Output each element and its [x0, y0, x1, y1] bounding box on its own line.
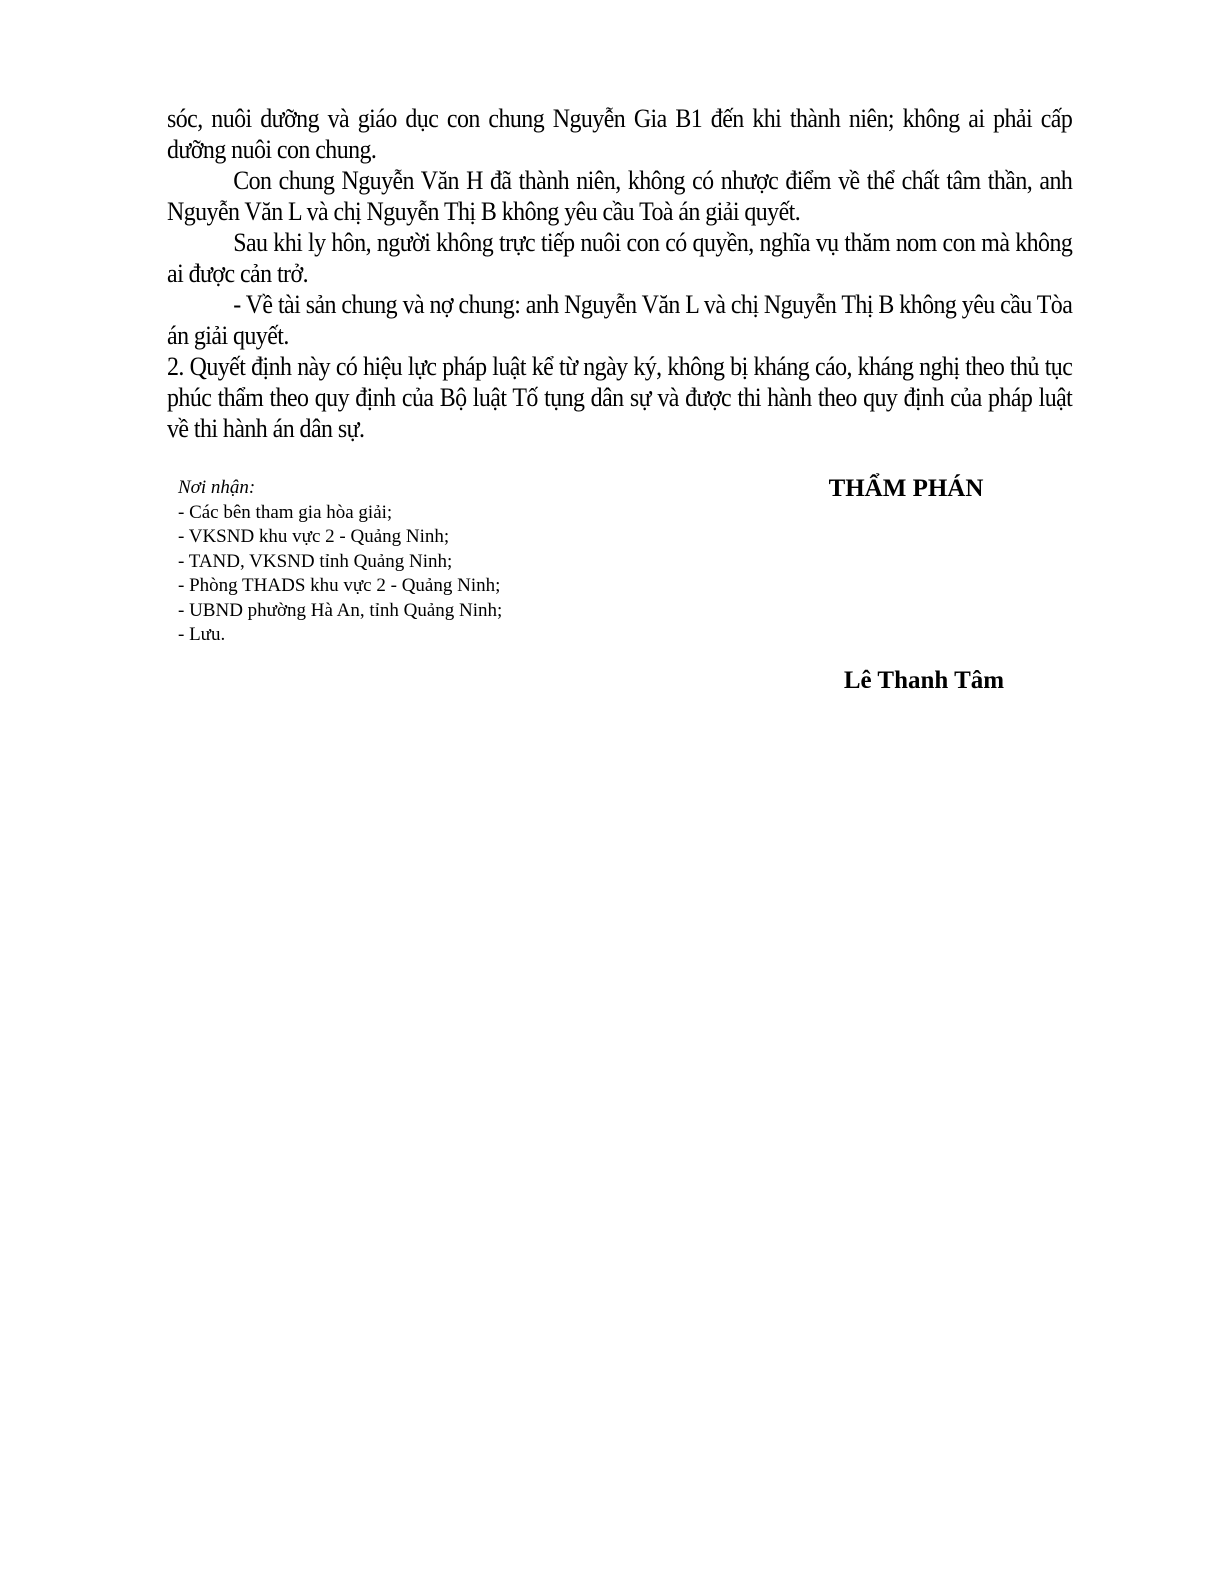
recipient-item: - Phòng THADS khu vực 2 - Quảng Ninh; [178, 574, 502, 599]
recipient-item: - Lưu. [178, 623, 502, 648]
recipients-title: Nơi nhận: [178, 476, 502, 501]
signer-role: THẨM PHÁN [772, 474, 1040, 504]
paragraph-common-property: - Về tài sản chung và nợ chung: anh Nguy… [167, 289, 1072, 351]
decision-body: sóc, nuôi dưỡng và giáo dục con chung Ng… [167, 103, 1072, 444]
recipients-block: Nơi nhận: - Các bên tham gia hòa giải; -… [178, 476, 502, 648]
document-page: sóc, nuôi dưỡng và giáo dục con chung Ng… [0, 0, 1224, 1584]
recipient-item: - TAND, VKSND tỉnh Quảng Ninh; [178, 550, 502, 575]
paragraph-adult-child: Con chung Nguyễn Văn H đã thành niên, kh… [167, 165, 1072, 227]
signer-name: Lê Thanh Tâm [794, 666, 1054, 696]
paragraph-visitation-rights: Sau khi ly hôn, người không trực tiếp nu… [167, 227, 1072, 289]
recipient-item: - VKSND khu vực 2 - Quảng Ninh; [178, 525, 502, 550]
paragraph-legal-effect: 2. Quyết định này có hiệu lực pháp luật … [167, 351, 1072, 444]
paragraph-child-custody: sóc, nuôi dưỡng và giáo dục con chung Ng… [167, 103, 1072, 165]
recipient-item: - Các bên tham gia hòa giải; [178, 501, 502, 526]
recipient-item: - UBND phường Hà An, tỉnh Quảng Ninh; [178, 599, 502, 624]
signature-block: THẨM PHÁN Lê Thanh Tâm [780, 474, 1040, 504]
recipients-list: - Các bên tham gia hòa giải; - VKSND khu… [178, 501, 502, 648]
